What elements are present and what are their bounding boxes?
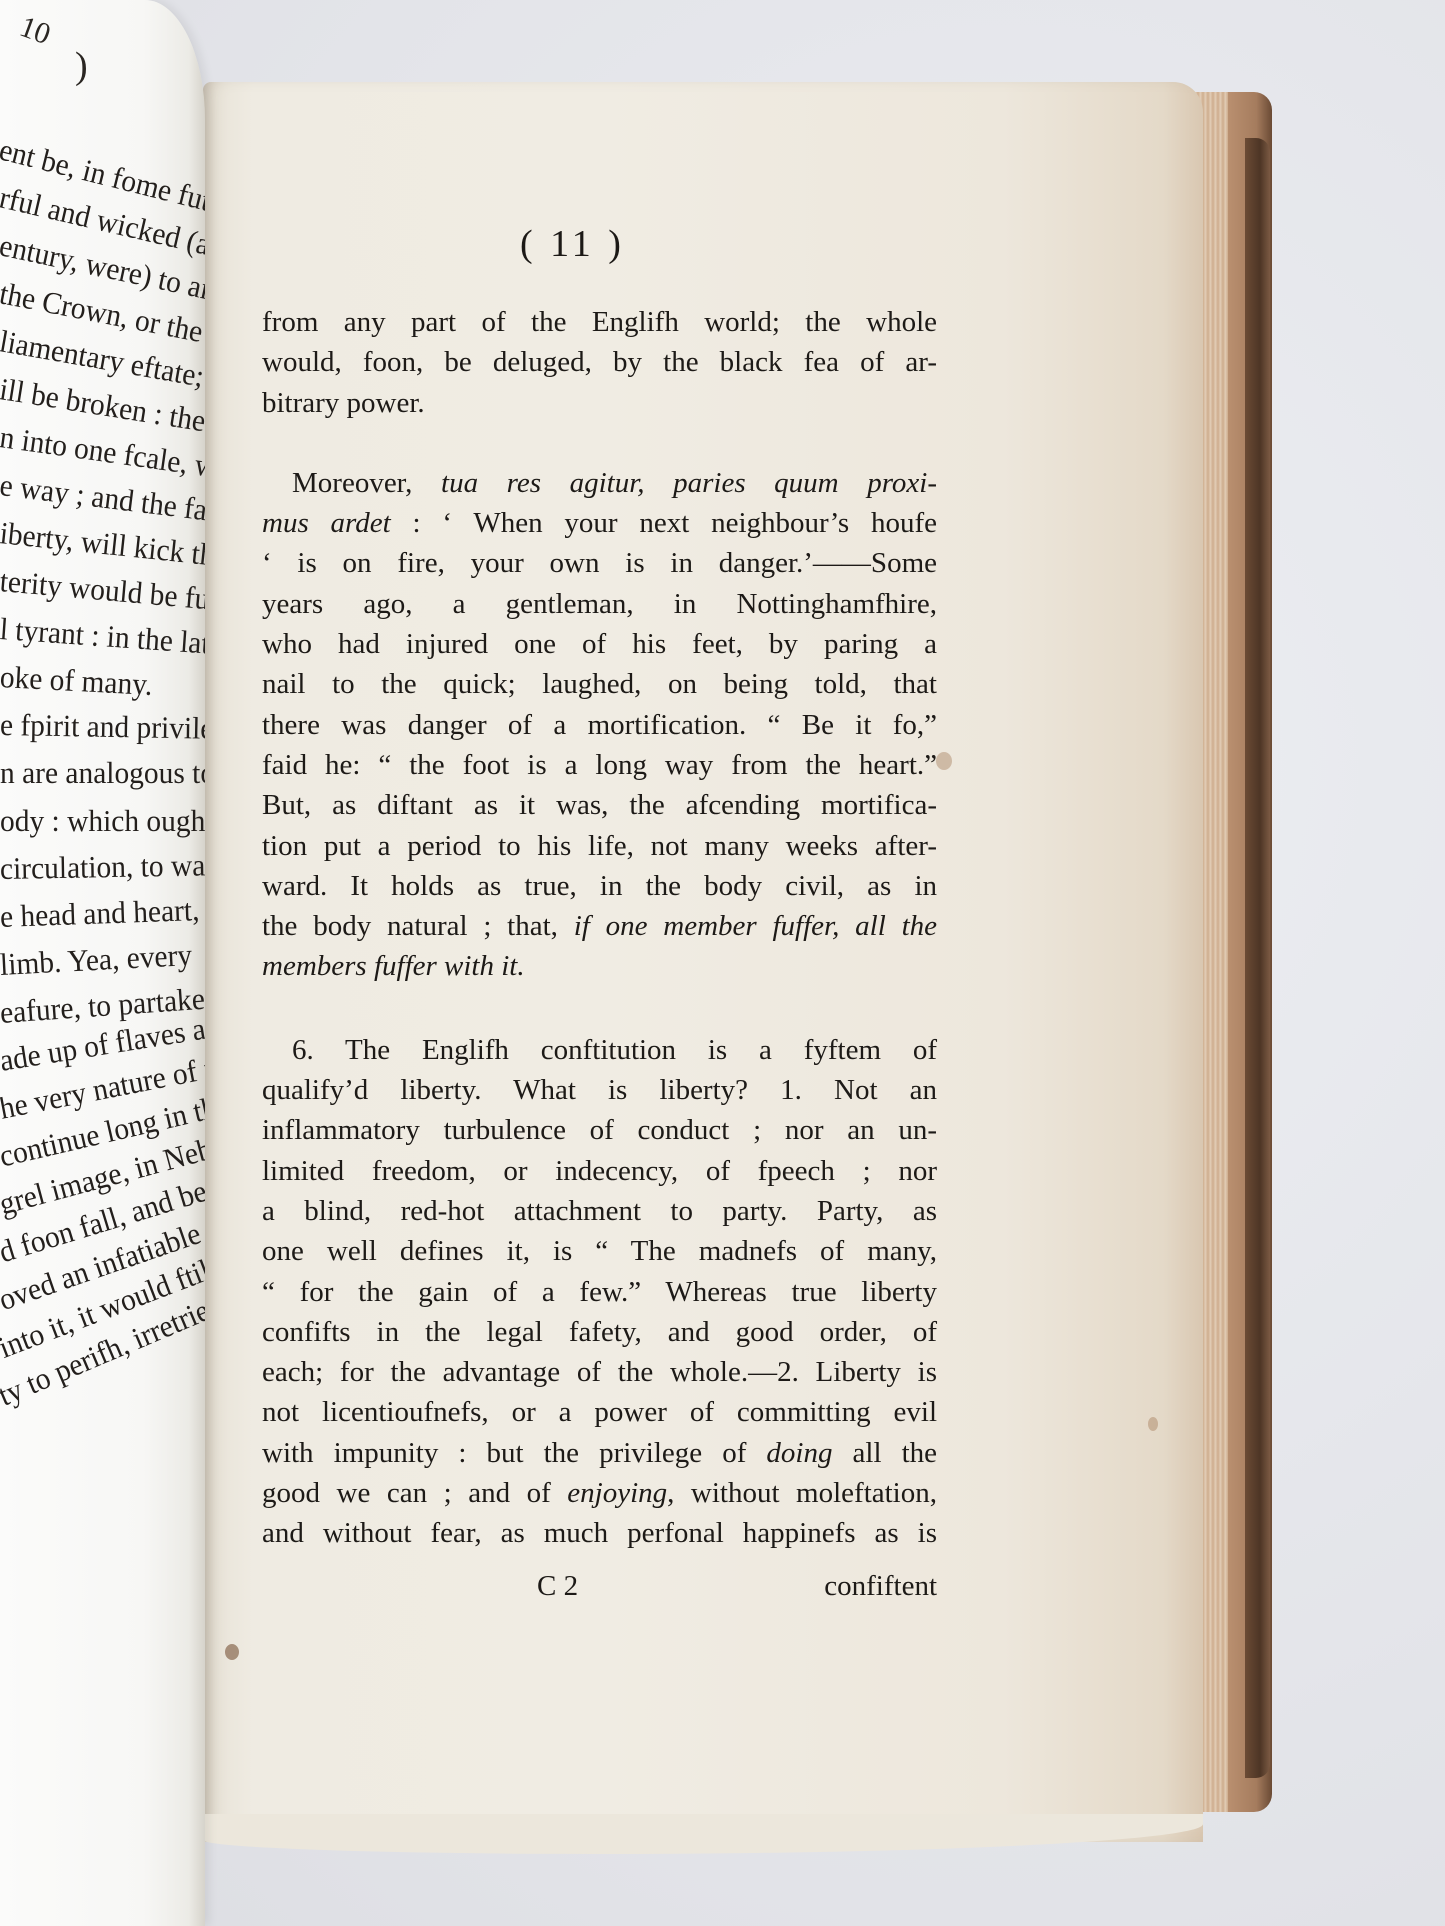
text-line: there was danger of a mortification. “ B… — [262, 705, 937, 745]
paragraph: Moreover, tua res agitur, paries quum pr… — [262, 463, 937, 987]
paragraph-gap — [262, 987, 937, 1030]
left-page-text: ent be, in fome futur rful and wicked (a… — [0, 125, 205, 1421]
text-line: good we can ; and of enjoying, without m… — [262, 1473, 937, 1513]
page-number-digits: 10 — [15, 10, 55, 52]
italic-latin-phrase: mus ardet — [262, 507, 391, 539]
foxing-spot — [936, 752, 952, 770]
italic-quotation: if one member fuffer, all the — [574, 910, 937, 942]
text-run: with impunity : but the privilege of — [262, 1437, 766, 1469]
text-line: the body natural ; that, if one member f… — [262, 906, 937, 946]
text-run: , without moleftation, — [667, 1477, 937, 1509]
text-line: members fuffer with it. — [262, 946, 937, 986]
catchword: confiftent — [824, 1570, 937, 1603]
italic-latin-phrase: tua res agitur, paries quum proxi- — [441, 467, 937, 499]
text-line: But, as diftant as it was, the afcending… — [262, 785, 937, 825]
foxing-spot — [225, 1644, 239, 1660]
italic-emphasis: doing — [766, 1437, 832, 1469]
text-line: inflammatory turbulence of conduct ; nor… — [262, 1110, 937, 1150]
text-line: each; for the advantage of the whole.—2.… — [262, 1352, 937, 1392]
foxing-spot — [1148, 1417, 1158, 1431]
text-line: Moreover, tua res agitur, paries quum pr… — [262, 463, 937, 503]
left-page: 10 ) ent be, in fome futur rful and wick… — [0, 0, 205, 1926]
text-line: n are analogous to th — [0, 749, 205, 797]
text-run: the body natural ; that, — [262, 910, 574, 942]
text-line: ody : which ought, — [0, 797, 205, 845]
italic-emphasis: enjoying — [567, 1477, 667, 1509]
text-line: who had injured one of his feet, by pari… — [262, 624, 937, 664]
text-line: from any part of the Englifh world; the … — [262, 302, 937, 342]
page-body-text: from any part of the Englifh world; the … — [262, 302, 937, 1554]
text-run: : ‘ When your next neighbour’s houfe — [391, 507, 937, 539]
text-line: mus ardet : ‘ When your next neighbour’s… — [262, 503, 937, 543]
text-line: tion put a period to his life, not many … — [262, 826, 937, 866]
text-run: Moreover, — [292, 467, 441, 499]
text-line: ‘ is on fire, your own is in danger.’——S… — [262, 543, 937, 583]
text-line: faid he: “ the foot is a long way from t… — [262, 745, 937, 785]
page-number-paren: ) — [75, 44, 88, 88]
text-line: ward. It holds as true, in the body civi… — [262, 866, 937, 906]
text-line: would, foon, be deluged, by the black fe… — [262, 342, 937, 382]
left-page-number: 10 ) — [20, 14, 50, 48]
text-line: years ago, a gentleman, in Nottinghamfhi… — [262, 584, 937, 624]
paragraph-gap — [262, 423, 937, 463]
text-line: qualify’d liberty. What is liberty? 1. N… — [262, 1070, 937, 1110]
paragraph: from any part of the Englifh world; the … — [262, 302, 937, 423]
text-line: not licentioufnefs, or a power of commit… — [262, 1392, 937, 1432]
text-line: limited freedom, or indecency, of fpeech… — [262, 1151, 937, 1191]
text-run: all the — [832, 1437, 937, 1469]
text-line: a blind, red-hot attachment to party. Pa… — [262, 1191, 937, 1231]
text-line: e fpirit and privile — [0, 701, 205, 753]
text-line: “ for the gain of a few.” Whereas true l… — [262, 1272, 937, 1312]
page-number: ( 11 ) — [520, 222, 625, 266]
italic-quotation: members fuffer with it. — [262, 950, 525, 982]
text-line: with impunity : but the privilege of doi… — [262, 1433, 937, 1473]
text-line: circulation, to warm — [0, 841, 205, 893]
text-line: and without fear, as much perfonal happi… — [262, 1513, 937, 1553]
signature-mark: C 2 — [537, 1570, 578, 1603]
text-line: one well defines it, is “ The madnefs of… — [262, 1231, 937, 1271]
leather-cover-edge — [1245, 138, 1270, 1778]
text-line: 6. The Englifh conftitution is a fyftem … — [262, 1030, 937, 1070]
text-line: bitrary power. — [262, 383, 937, 423]
paragraph: 6. The Englifh conftitution is a fyftem … — [262, 1030, 937, 1554]
text-run: good we can ; and of — [262, 1477, 567, 1509]
text-line: confifts in the legal fafety, and good o… — [262, 1312, 937, 1352]
text-line: nail to the quick; laughed, on being tol… — [262, 664, 937, 704]
